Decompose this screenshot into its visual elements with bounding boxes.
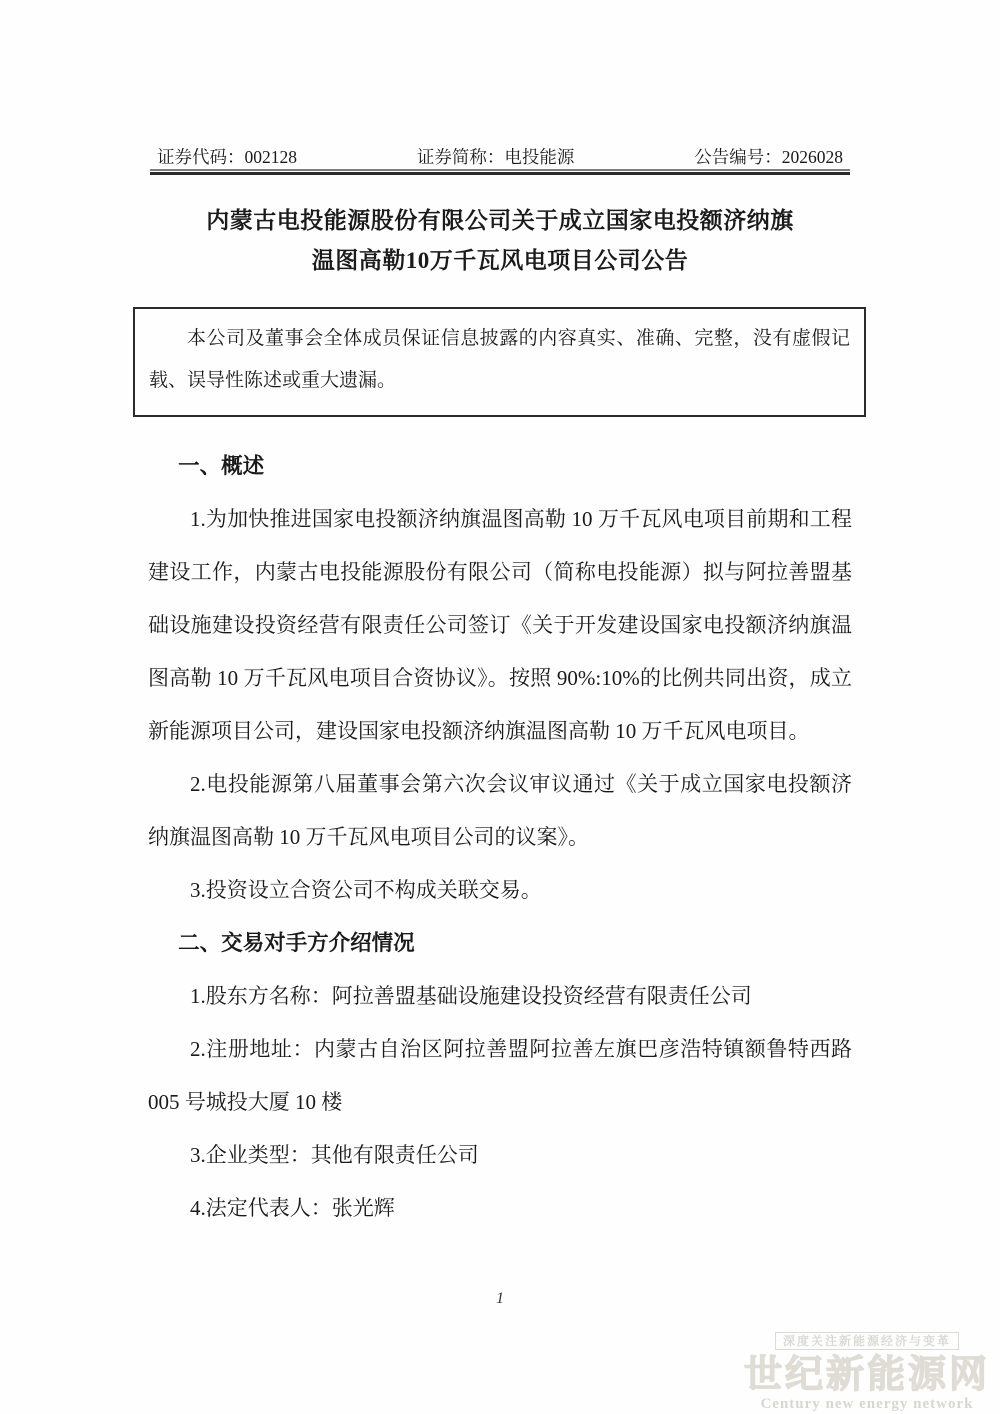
notice-number-value: 2026028 [782, 147, 843, 167]
watermark-tagline: 深度关注新能源经济与变革 [775, 1332, 959, 1350]
section-1-paragraph-1: 1.为加快推进国家电投额济纳旗温图高勒 10 万千瓦风电项目前期和工程建设工作，… [148, 493, 852, 758]
announcement-title: 内蒙古电投能源股份有限公司关于成立国家电投额济纳旗 温图高勒10万千瓦风电项目公… [100, 201, 900, 281]
watermark-logo-text: 世纪新能源网 [744, 1356, 990, 1394]
notice-number: 公告编号：2026028 [694, 144, 843, 169]
section-1-paragraph-2: 2.电投能源第八届董事会第六次会议审议通过《关于成立国家电投额济纳旗温图高勒 1… [148, 758, 852, 864]
stock-name: 证券简称：电投能源 [417, 144, 575, 169]
header-divider [150, 169, 850, 175]
section-2-heading: 二、交易对手方介绍情况 [148, 917, 852, 970]
disclaimer-text: 本公司及董事会全体成员保证信息披露的内容真实、准确、完整，没有虚假记载、误导性陈… [149, 318, 850, 402]
stock-code-label: 证券代码： [157, 147, 245, 167]
watermark-english-text: Century new energy network [744, 1397, 990, 1412]
stock-code-value: 002128 [245, 147, 298, 167]
section-2-paragraph-3: 3.企业类型：其他有限责任公司 [148, 1129, 852, 1182]
watermark: 深度关注新能源经济与变革 世纪新能源网 Century new energy n… [744, 1332, 990, 1412]
section-2-paragraph-1: 1.股东方名称：阿拉善盟基础设施建设投资经营有限责任公司 [148, 970, 852, 1023]
security-info-header: 证券代码：002128 证券简称：电投能源 公告编号：2026028 [157, 144, 843, 169]
section-2-paragraph-4: 4.法定代表人：张光辉 [148, 1182, 852, 1235]
header-divider-thick-line [150, 172, 850, 175]
document-body: 一、概述 1.为加快推进国家电投额济纳旗温图高勒 10 万千瓦风电项目前期和工程… [148, 440, 852, 1235]
announcement-title-line2: 温图高勒10万千瓦风电项目公司公告 [100, 241, 900, 281]
section-2-paragraph-2: 2.注册地址：内蒙古自治区阿拉善盟阿拉善左旗巴彦浩特镇额鲁特西路 005 号城投… [148, 1023, 852, 1129]
announcement-title-line1: 内蒙古电投能源股份有限公司关于成立国家电投额济纳旗 [100, 201, 900, 241]
page-number: 1 [0, 1290, 1000, 1308]
document-page: 证券代码：002128 证券简称：电投能源 公告编号：2026028 内蒙古电投… [0, 0, 1000, 1414]
header-divider-thin-line [150, 169, 850, 171]
stock-code: 证券代码：002128 [157, 144, 297, 169]
notice-number-label: 公告编号： [694, 147, 782, 167]
stock-name-label: 证券简称： [417, 147, 505, 167]
section-1-heading: 一、概述 [148, 440, 852, 493]
stock-name-value: 电投能源 [504, 147, 574, 167]
section-1-paragraph-3: 3.投资设立合资公司不构成关联交易。 [148, 864, 852, 917]
disclaimer-box: 本公司及董事会全体成员保证信息披露的内容真实、准确、完整，没有虚假记载、误导性陈… [133, 307, 866, 417]
